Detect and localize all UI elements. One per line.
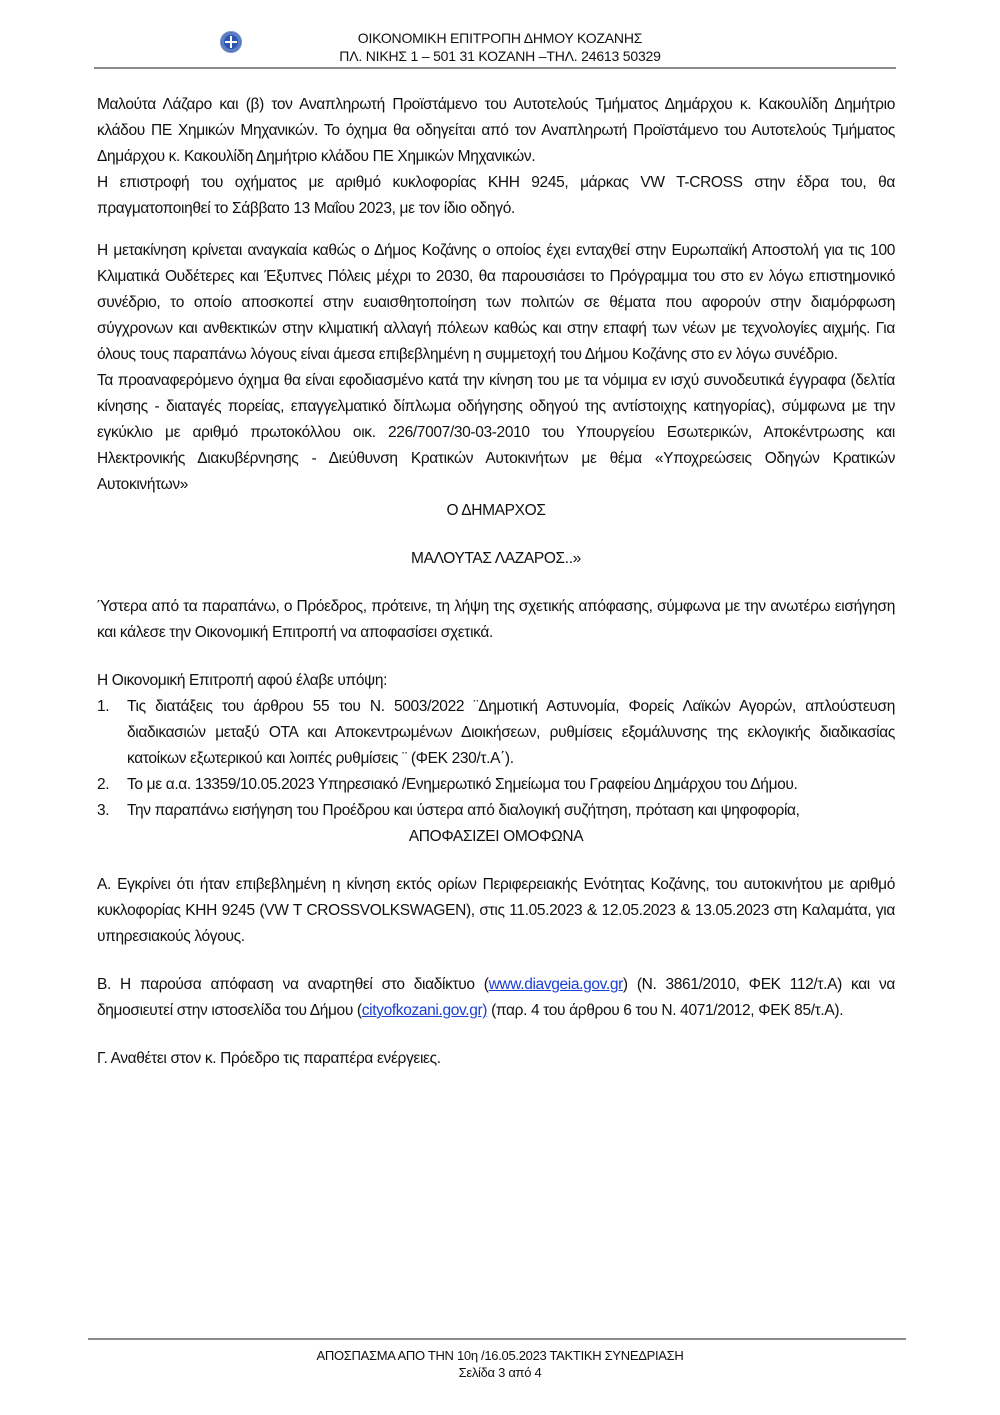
list-item-text: Τις διατάξεις του άρθρου 55 του Ν. 5003/… [127, 698, 895, 767]
document-body: Μαλούτα Λάζαρο και (β) τον Αναπληρωτή Πρ… [97, 92, 895, 1072]
list-item-text: Την παραπάνω εισήγηση του Προέδρου και ύ… [127, 802, 800, 819]
greek-coat-of-arms-icon [220, 31, 242, 53]
footer-divider [88, 1338, 906, 1340]
list-item-number: 3. [97, 798, 109, 824]
list-item: 3. Την παραπάνω εισήγηση του Προέδρου κα… [97, 798, 895, 824]
decision-heading: ΑΠΟΦΑΣΙΖΕΙ ΟΜΟΦΩΝΑ [97, 824, 895, 850]
decision-b: Β. Η παρούσα απόφαση να αναρτηθεί στο δι… [97, 972, 895, 1024]
list-item-text: Το με α.α. 13359/10.05.2023 Υπηρεσιακό /… [127, 776, 798, 793]
paragraph-documents: Τα προαναφερόμενο όχημα θα είναι εφοδιασ… [97, 368, 895, 498]
signature-title: Ο ΔΗΜΑΡΧΟΣ [97, 498, 895, 524]
paragraph-return: Η επιστροφή του οχήματος με αριθμό κυκλο… [97, 170, 895, 222]
page-number: Σελίδα 3 από 4 [250, 1364, 750, 1382]
paragraph-driver: Μαλούτα Λάζαρο και (β) τον Αναπληρωτή Πρ… [97, 92, 895, 170]
header-organization: ΟΙΚΟΝΟΜΙΚΗ ΕΠΙΤΡΟΠΗ ΔΗΜΟΥ ΚΟΖΑΝΗΣ [280, 29, 720, 47]
decision-a: Α. Εγκρίνει ότι ήταν επιβεβλημένη η κίνη… [97, 872, 895, 950]
decision-c: Γ. Αναθέτει στον κ. Πρόεδρο τις παραπέρα… [97, 1046, 895, 1072]
cityofkozani-link[interactable]: cityofkozani.gov.gr) [362, 1002, 487, 1019]
list-item: 2. Το με α.α. 13359/10.05.2023 Υπηρεσιακ… [97, 772, 895, 798]
considered-list: 1. Τις διατάξεις του άρθρου 55 του Ν. 50… [97, 694, 895, 824]
page-header: ΟΙΚΟΝΟΜΙΚΗ ΕΠΙΤΡΟΠΗ ΔΗΜΟΥ ΚΟΖΑΝΗΣ ΠΛ. ΝΙ… [0, 0, 1000, 70]
diavgeia-link[interactable]: www.diavgeia.gov.gr [489, 976, 623, 993]
decision-b-text: Β. Η παρούσα απόφαση να αναρτηθεί στο δι… [97, 976, 489, 993]
decision-b-text: (παρ. 4 του άρθρου 6 του Ν. 4071/2012, Φ… [487, 1002, 843, 1019]
footer-session-label: ΑΠΟΣΠΑΣΜΑ ΑΠΟ ΤΗΝ 10η /16.05.2023 ΤΑΚΤΙΚ… [250, 1347, 750, 1365]
list-item-number: 1. [97, 694, 109, 720]
paragraph-justification: Η μετακίνηση κρίνεται αναγκαία καθώς ο Δ… [97, 238, 895, 368]
signature-name: ΜΑΛΟΥΤΑΣ ΛΑΖΑΡΟΣ..» [97, 546, 895, 572]
header-divider [94, 67, 896, 69]
header-address: ΠΛ. ΝΙΚΗΣ 1 – 501 31 ΚΟΖΑΝΗ –ΤΗΛ. 24613 … [280, 47, 720, 65]
paragraph-proposal: Ύστερα από τα παραπάνω, ο Πρόεδρος, πρότ… [97, 594, 895, 646]
list-item-number: 2. [97, 772, 109, 798]
considered-intro: Η Οικονομική Επιτροπή αφού έλαβε υπόψη: [97, 668, 895, 694]
list-item: 1. Τις διατάξεις του άρθρου 55 του Ν. 50… [97, 694, 895, 772]
